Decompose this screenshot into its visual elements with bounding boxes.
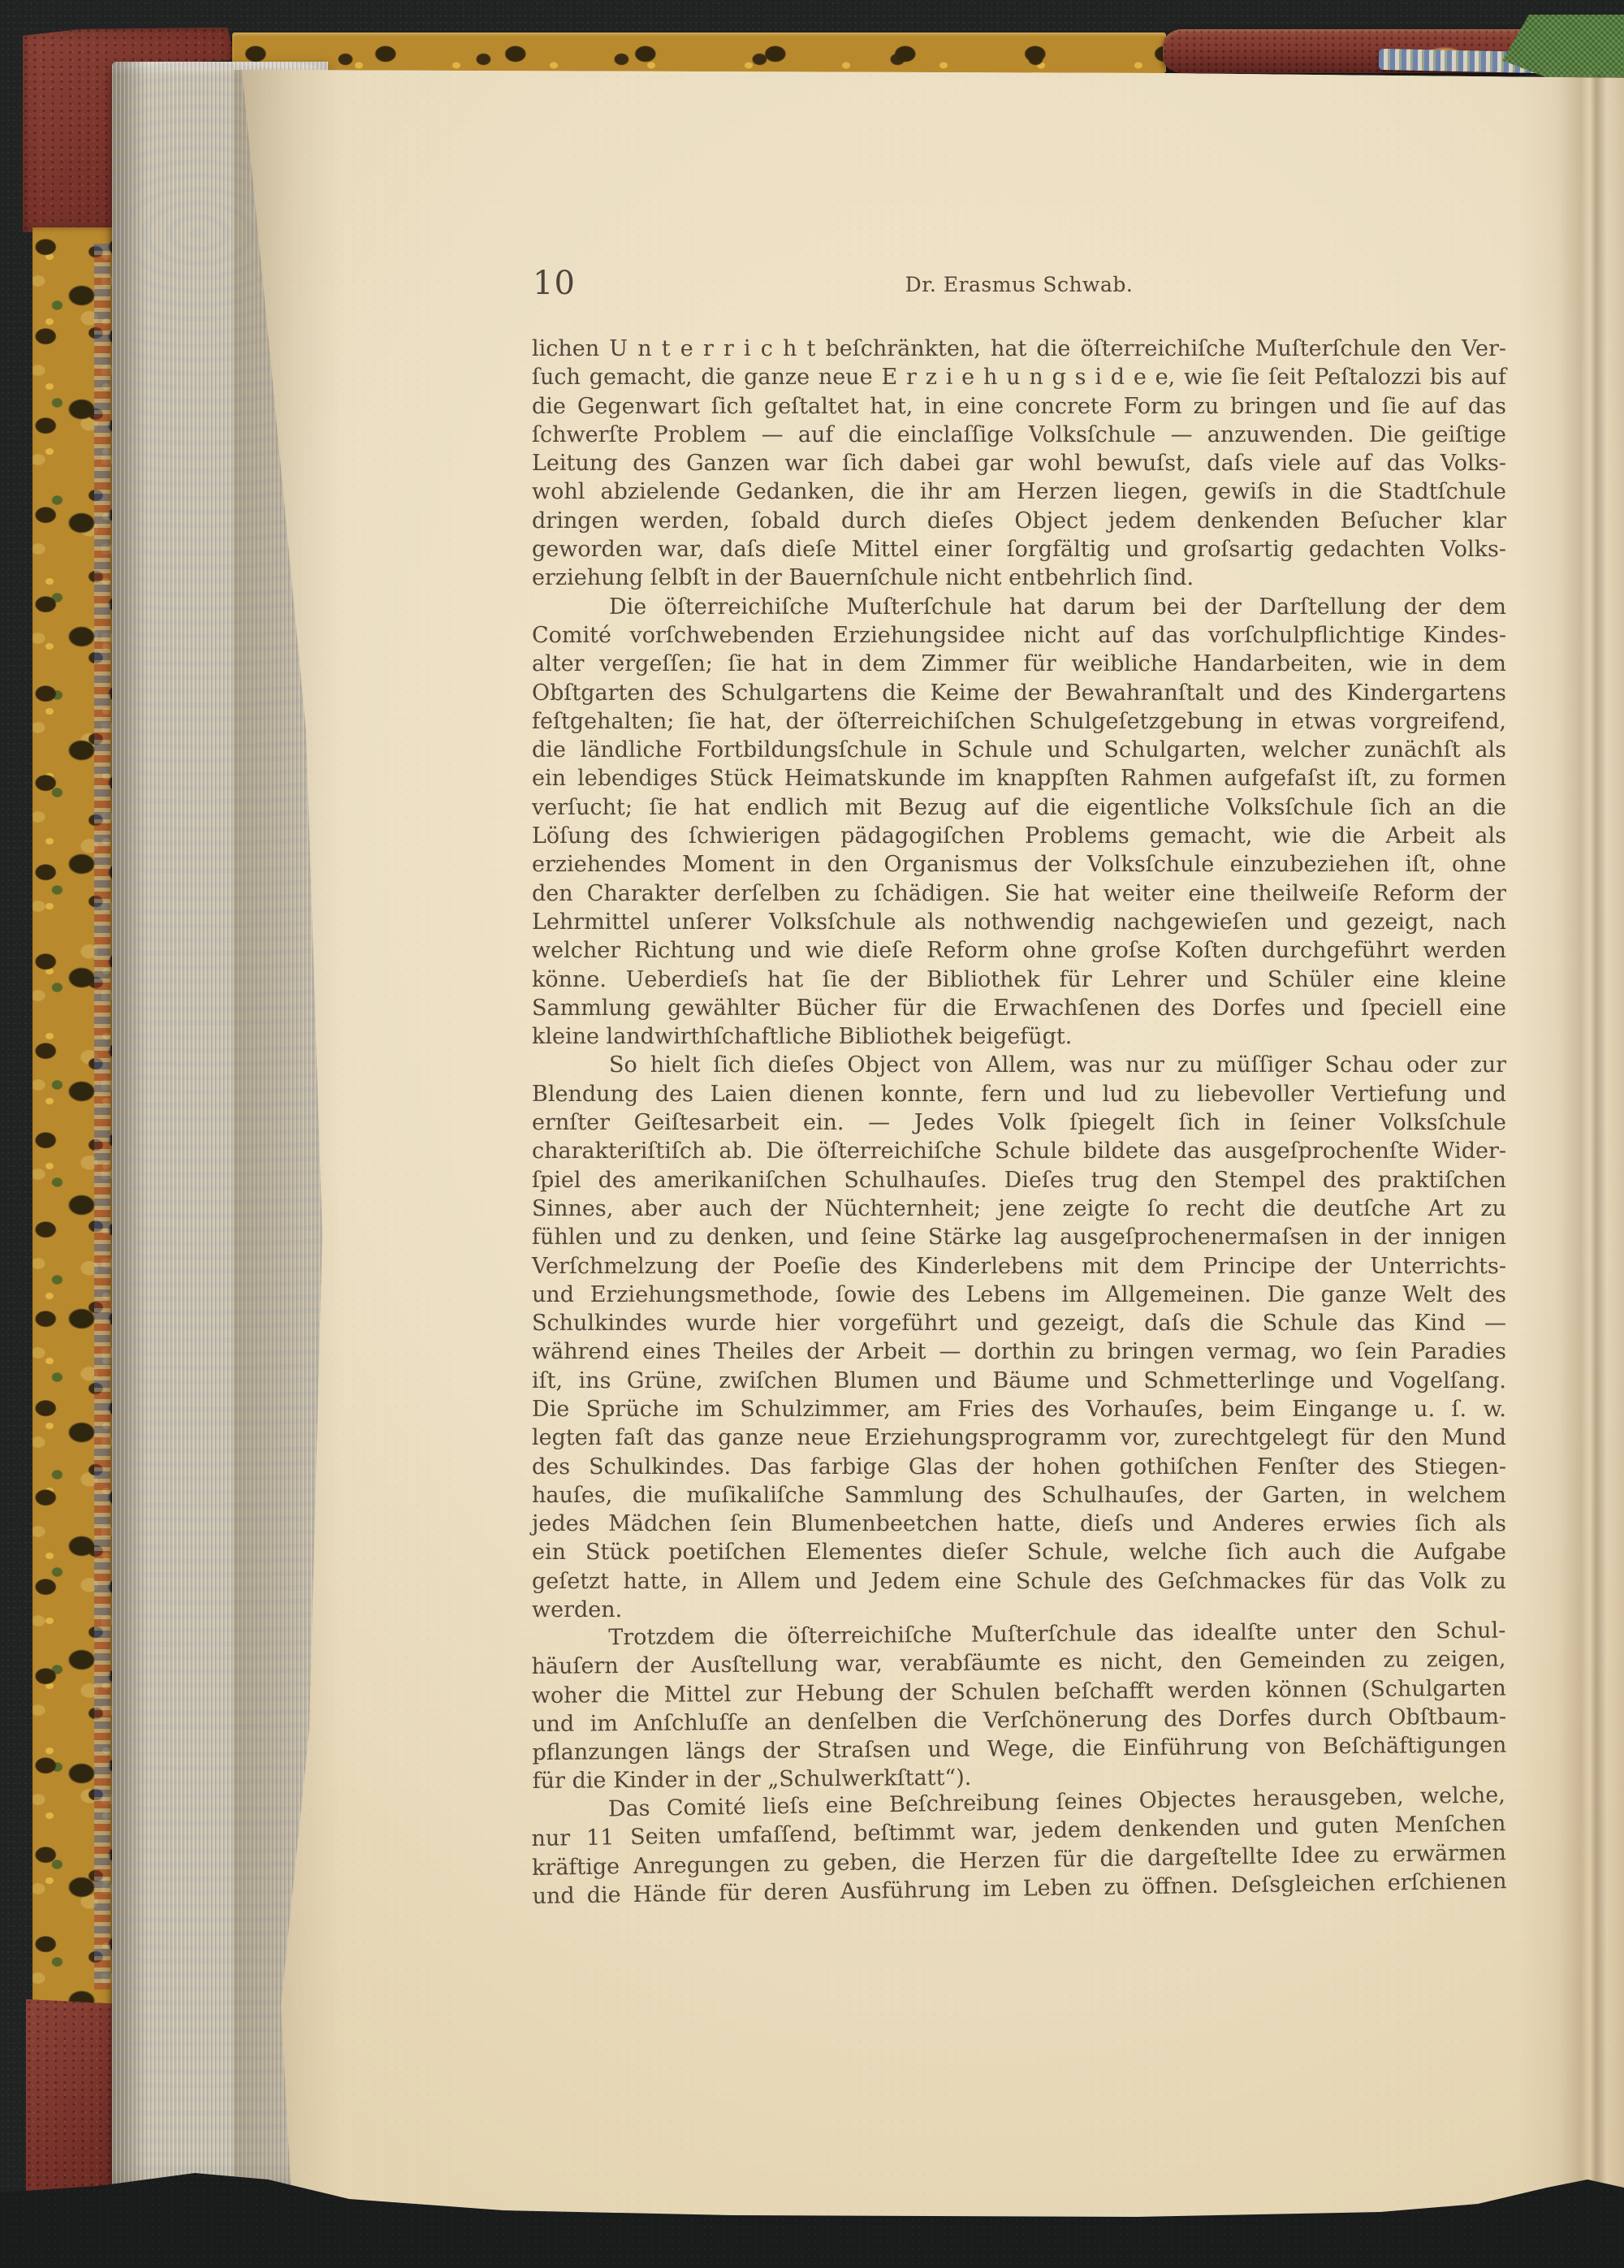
paragraph: So hielt ſich dieſes Object von Allem, w… — [532, 1051, 1506, 1624]
page-text: lichen U n t e r r i c h t beſchränkten,… — [532, 335, 1506, 1911]
text-line: Verſchmelzung der Poeſie des Kinderleben… — [532, 1252, 1506, 1281]
text-line: Die Sprüche im Schulzimmer, am Fries des… — [532, 1395, 1506, 1423]
text-line: ernſter Geiſtesarbeit ein. — Jedes Volk … — [532, 1108, 1506, 1137]
text-line: ſuch gemacht, die ganze neue E r z i e h… — [532, 363, 1506, 391]
text-line: während eines Theiles der Arbeit — dorth… — [532, 1337, 1506, 1366]
text-line: kleine landwirthſchaftliche Bibliothek b… — [532, 1022, 1506, 1051]
paragraph: Die öſterreichiſche Muſterſchule hat dar… — [532, 593, 1506, 1052]
text-line: Blendung des Laien dienen konnte, fern u… — [532, 1080, 1506, 1108]
paragraph: lichen U n t e r r i c h t beſchränkten,… — [532, 335, 1506, 593]
text-line: So hielt ſich dieſes Object von Allem, w… — [532, 1051, 1506, 1079]
text-line: erziehung ſelbſt in der Bauernſchule nic… — [532, 564, 1506, 592]
text-line: wohl abzielende Gedanken, die ihr am Her… — [532, 477, 1506, 506]
text-line: Obſtgarten des Schulgartens die Keime de… — [532, 679, 1506, 707]
text-line: dringen werden, ſobald durch dieſes Obje… — [532, 507, 1506, 535]
text-line: Leitung des Ganzen war ſich dabei gar wo… — [532, 449, 1506, 477]
text-line: jedes Mädchen ſein Blumenbeetchen hatte,… — [532, 1510, 1506, 1538]
text-line: Sinnes, aber auch der Nüchternheit; jene… — [532, 1194, 1506, 1223]
text-line: könne. Ueberdieſs hat ſie der Bibliothek… — [532, 966, 1506, 994]
scanner-background: 10 Dr. Erasmus Schwab. lichen U n t e r … — [0, 0, 1624, 2268]
text-line: ſpiel des amerikaniſchen Schulhauſes. Di… — [532, 1166, 1506, 1194]
text-line: feſtgehalten; ſie hat, der öſterreichiſc… — [532, 707, 1506, 736]
text-line: iſt, ins Grüne, zwiſchen Blumen und Bäum… — [532, 1367, 1506, 1395]
text-line: verſucht; ſie hat endlich mit Bezug auf … — [532, 793, 1506, 822]
text-line: ein lebendiges Stück Heimatskunde im kna… — [532, 764, 1506, 793]
text-line: Die öſterreichiſche Muſterſchule hat dar… — [532, 593, 1506, 621]
paragraph: Das Comité lieſs eine Beſchreibung ſeine… — [531, 1781, 1507, 1911]
text-line: geſetzt hatte, in Allem und Jedem eine S… — [532, 1567, 1506, 1596]
cover-marble-top-edge — [232, 32, 1166, 73]
text-line: des Schulkindes. Das farbige Glas der ho… — [532, 1453, 1506, 1481]
text-line: welcher Richtung und wie dieſe Reform oh… — [532, 936, 1506, 965]
text-line: hauſes, die muſikaliſche Sammlung des Sc… — [532, 1481, 1506, 1510]
text-line: die ländliche Fortbildungsſchule in Schu… — [532, 736, 1506, 764]
text-line: erziehendes Moment in den Organismus der… — [532, 850, 1506, 879]
text-line: fühlen und zu denken, und ſeine Stärke l… — [532, 1223, 1506, 1251]
endpaper-stripes — [94, 244, 110, 1989]
text-line: ſchwerſte Problem — auf die einclaſſige … — [532, 421, 1506, 449]
text-line: charakteriſtiſch ab. Die öſterreichiſche… — [532, 1137, 1506, 1165]
running-header: Dr. Erasmus Schwab. — [532, 273, 1506, 296]
text-line: Comité vorſchwebenden Erziehungsidee nic… — [532, 621, 1506, 650]
text-line: und Erziehungsmethode, ſowie des Lebens … — [532, 1281, 1506, 1309]
text-line: die Gegenwart ſich geſtaltet hat, in ein… — [532, 392, 1506, 421]
text-line: legten faſt das ganze neue Erziehungspro… — [532, 1423, 1506, 1452]
paragraph: Trotzdem die öſterreichiſche Muſterſchul… — [531, 1617, 1507, 1796]
text-line: Sammlung gewählter Bücher für die Erwach… — [532, 994, 1506, 1022]
text-line: lichen U n t e r r i c h t beſchränkten,… — [532, 335, 1506, 363]
text-line: den Charakter derſelben zu ſchädigen. Si… — [532, 879, 1506, 908]
text-line: Löſung des ſchwierigen pädagogiſchen Pro… — [532, 822, 1506, 850]
bookmark-ribbon — [1502, 15, 1624, 86]
text-line: Lehrmittel unſerer Volksſchule als nothw… — [532, 908, 1506, 936]
text-line: ein Stück poetiſchen Elementes dieſer Sc… — [532, 1538, 1506, 1566]
text-line: Schulkindes wurde hier vorgeführt und ge… — [532, 1309, 1506, 1337]
text-line: alter vergeſſen; ſie hat in dem Zimmer f… — [532, 650, 1506, 678]
text-line: geworden war, daſs dieſe Mittel einer ſo… — [532, 535, 1506, 564]
